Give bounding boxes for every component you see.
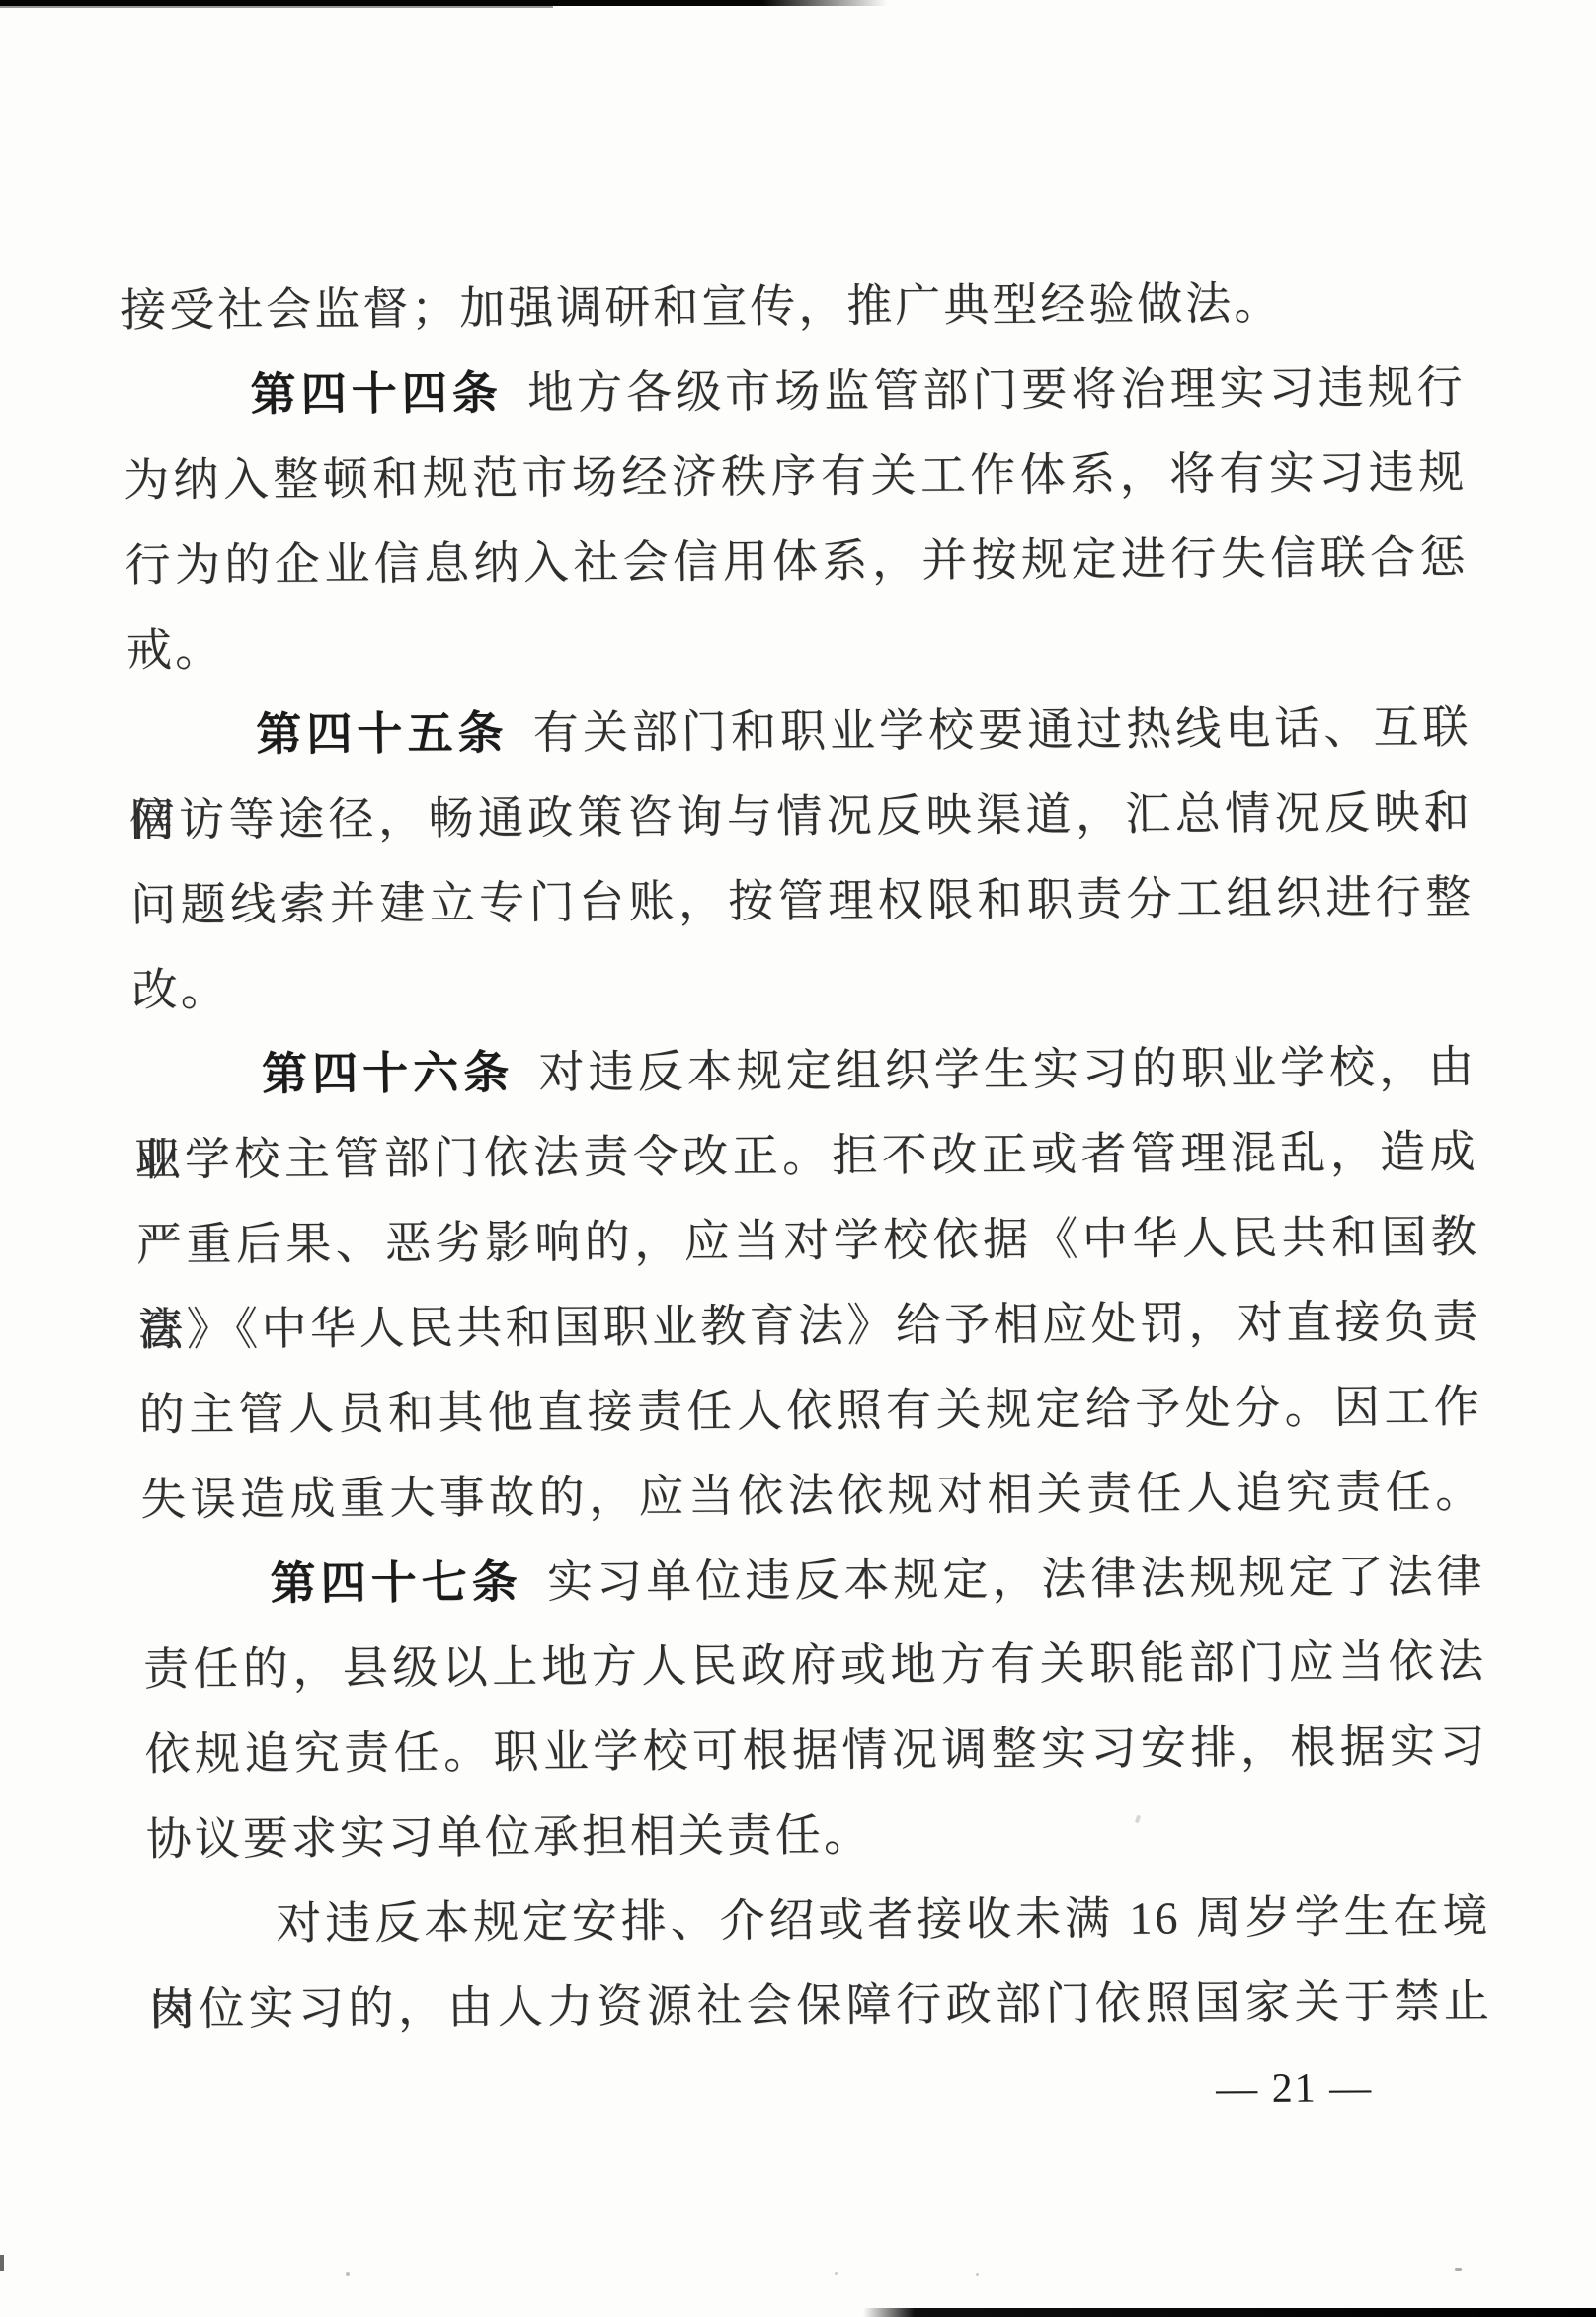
doc-line-text: 行为的企业信息纳入社会信用体系，并按规定进行失信联合惩 — [124, 532, 1469, 591]
doc-line-text: 实习单位违反本规定，法律法规规定了法律 — [547, 1552, 1485, 1608]
doc-line-text: 为纳入整顿和规范市场经济秩序有关工作体系，将有实习违规 — [123, 447, 1468, 506]
article-number: 第四十六条 — [262, 1048, 515, 1100]
doc-line: 的主管人员和其他直接责任人依照有关规定给予处分。因工作 — [138, 1365, 1482, 1458]
doc-line-text: 的主管人员和其他直接责任人依照有关规定给予处分。因工作 — [138, 1382, 1482, 1440]
doc-line-text: 问题线索并建立专门台账，按管理权限和职责分工组织进行整 — [130, 872, 1475, 930]
doc-line-text: 地方各级市场监管部门要将治理实习违规行 — [527, 362, 1466, 419]
doc-line: 业学校主管部门依法责令改正。拒不改正或者管理混乱，造成 — [134, 1110, 1478, 1203]
doc-line: 为纳入整顿和规范市场经济秩序有关工作体系，将有实习违规 — [122, 431, 1467, 523]
scan-speck — [346, 2272, 350, 2276]
document-text-block: 接受社会监督；加强调研和宣传，推广典型经验做法。 第四十四条地方各级市场监管部门… — [120, 261, 1493, 2052]
doc-line: 第四十七条实习单位违反本规定，法律法规规定了法律 — [141, 1535, 1485, 1628]
doc-line: 协议要求实习单位承担相关责任。 — [145, 1790, 1489, 1882]
scan-artifact-bottom-edge — [863, 2308, 1596, 2317]
doc-line: 依规追究责任。职业学校可根据情况调整实习安排，根据实习 — [144, 1705, 1488, 1798]
page-number: — 21 — — [150, 2058, 1494, 2125]
scan-artifact-top-edge-shadow — [0, 6, 553, 8]
document-sheet: 接受社会监督；加强调研和宣传，推广典型经验做法。 第四十四条地方各级市场监管部门… — [0, 0, 1596, 2317]
article-number: 第四十五条 — [256, 708, 509, 760]
doc-line-text: 岗位实习的，由人力资源社会保障行政部门依照国家关于禁止 — [148, 1976, 1492, 2035]
doc-line: 法》《中华人民共和国职业教育法》给予相应处罚，对直接负责 — [137, 1280, 1481, 1373]
doc-line-text: 业学校主管部门依法责令改正。拒不改正或者管理混乱，造成 — [134, 1127, 1478, 1185]
doc-line-text: 改。 — [131, 964, 229, 1015]
doc-line: 岗位实习的，由人力资源社会保障行政部门依照国家关于禁止 — [148, 1959, 1492, 2052]
scan-speck — [1455, 2268, 1462, 2271]
doc-line-text: 失误造成重大事故的，应当依法依规对相关责任人追究责任。 — [140, 1467, 1484, 1525]
doc-line: 问题线索并建立专门台账，按管理权限和职责分工组织进行整 — [130, 855, 1475, 948]
doc-line-text: 接受社会监督；加强调研和宣传，推广典型经验做法。 — [120, 279, 1283, 336]
doc-line: 第四十四条地方各级市场监管部门要将治理实习违规行 — [121, 346, 1466, 439]
doc-line: 改。 — [131, 940, 1476, 1033]
doc-line: 第四十六条对违反本规定组织学生实习的职业学校，由职 — [132, 1025, 1476, 1118]
doc-line: 接受社会监督；加强调研和宣传，推广典型经验做法。 — [120, 261, 1465, 354]
doc-line: 失误造成重大事故的，应当依法依规对相关责任人追究责任。 — [139, 1450, 1483, 1543]
doc-line-text: 法》《中华人民共和国职业教育法》给予相应处罚，对直接负责 — [137, 1297, 1481, 1355]
doc-line-text: 戒。 — [126, 624, 224, 676]
article-number: 第四十四条 — [250, 368, 503, 421]
scanned-document-page: 接受社会监督；加强调研和宣传，推广典型经验做法。 第四十四条地方各级市场监管部门… — [0, 0, 1596, 2317]
doc-line: 责任的，县级以上地方人民政府或地方有关职能部门应当依法 — [142, 1620, 1486, 1713]
scan-speck — [835, 2272, 838, 2275]
doc-line: 第四十五条有关部门和职业学校要通过热线电话、互联网、 — [127, 685, 1472, 778]
doc-line-text: 协议要求实习单位承担相关责任。 — [145, 1809, 872, 1864]
doc-line: 行为的企业信息纳入社会信用体系，并按规定进行失信联合惩 — [124, 516, 1469, 608]
scan-artifact-left-tick — [0, 2255, 4, 2271]
doc-line: 严重后果、恶劣影响的，应当对学校依据《中华人民共和国教育 — [135, 1195, 1479, 1288]
scan-speck — [976, 2273, 979, 2276]
doc-line: 戒。 — [125, 600, 1470, 693]
doc-line: 信访等途径，畅通政策咨询与情况反映渠道，汇总情况反映和 — [128, 770, 1473, 863]
doc-line-text: 责任的，县级以上地方人民政府或地方有关职能部门应当依法 — [143, 1637, 1487, 1695]
article-number: 第四十七条 — [270, 1558, 522, 1610]
doc-line-text: 依规追究责任。职业学校可根据情况调整实习安排，根据实习 — [144, 1721, 1488, 1780]
doc-line: 对违反本规定安排、介绍或者接收未满 16 周岁学生在境内 — [147, 1875, 1491, 1967]
doc-line-text: 信访等途径，畅通政策咨询与情况反映渠道，汇总情况反映和 — [128, 787, 1473, 845]
